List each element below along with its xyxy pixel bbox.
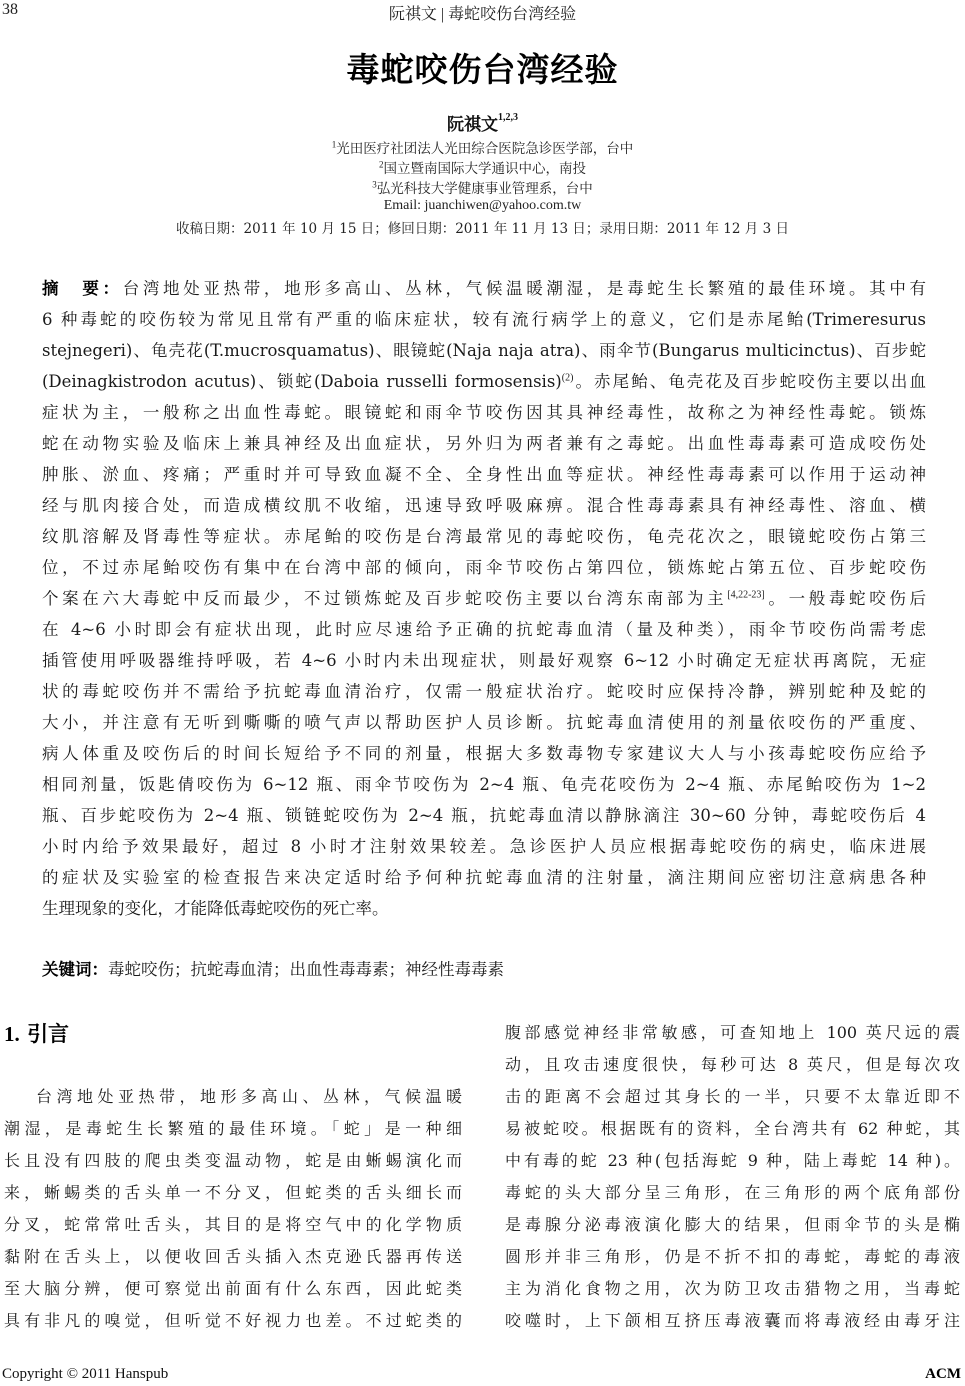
body-line: 是毒腺分泌毒液演化膨大的结果，但雨伞节的头是椭 [505,1212,960,1235]
citation-ref[interactable]: [4,22-23] [727,590,765,601]
body-line: 主为消化食物之用，次为防卫攻击猎物之用，当毒蛇 [505,1276,960,1299]
body-line: 圆形并非三角形，仍是不折不扣的毒蛇，毒蛇的毒液 [505,1244,960,1267]
abstract-line: 病人体重及咬伤后的时间长短给予不同的剂量，根据大多数毒物专家建议大人与小孩毒蛇咬… [42,740,926,764]
manuscript-dates: 收稿日期：2011 年 10 月 15 日；修回日期：2011 年 11 月 1… [0,217,965,237]
affiliation-2: 2国立暨南国际大学通识中心，南投 [0,157,965,177]
body-line: 咬噬时，上下颌相互挤压毒液囊而将毒液经由毒牙注 [505,1308,960,1331]
abstract-line: 插管使用呼吸器维持呼吸，若 4~6 小时内未出现症状，则最好观察 6~12 小时… [42,647,926,671]
abstract-line: 小时内给予效果最好，超过 8 小时才注射效果较差。急诊医护人员应根据毒蛇咬伤的病… [42,833,926,857]
copyright-notice: Copyright © 2011 Hanspub [2,1366,168,1383]
running-title: 阮祺文 | 毒蛇咬伤台湾经验 [0,1,965,24]
section-heading: 1. 引言 [4,1018,69,1048]
body-line: 毒蛇的头大部分呈三角形，在三角形的两个底角部份 [505,1180,960,1203]
running-header: 38 阮祺文 | 毒蛇咬伤台湾经验 [0,0,965,22]
abstract-line: 个案在六大毒蛇中反而最少，不过锁炼蛇及百步蛇咬伤主要以台湾东南部为主[4,22-… [42,585,926,609]
abstract-line: 位，不过赤尾鲐咬伤有集中在台湾中部的倾向，雨伞节咬伤占第四位，锁炼蛇占第五位、百… [42,554,926,578]
body-line: 分叉，蛇常常吐舌头，其目的是将空气中的化学物质 [4,1212,462,1235]
abstract-line: 蛇在动物实验及临床上兼具神经及出血症状，另外归为两者兼有之毒蛇。出血性毒毒素可造… [42,430,926,454]
section-number: 1. [4,1022,20,1046]
abstract-line: 瓶、百步蛇咬伤为 2~4 瓶、锁链蛇咬伤为 2~4 瓶，抗蛇毒血清以静脉滴注 3… [42,802,926,826]
abstract-line: 在 4~6 小时即会有症状出现，此时应尽速给予正确的抗蛇毒血清（量及种类），雨伞… [42,616,926,640]
body-line: 来，蜥蜴类的舌头单一不分叉，但蛇类的舌头细长而 [4,1180,462,1203]
abstract-line: 经与肌肉接合处，而造成横纹肌不收缩，迅速导致呼吸麻痹。混合性毒毒素具有神经毒性、… [42,492,926,516]
body-line: 长且没有四肢的爬虫类变温动物，蛇是由蜥蜴演化而 [4,1148,462,1171]
body-line: 动，且攻击速度很快，每秒可达 8 英尺，但是每次攻 [505,1052,960,1075]
body-line: 至大脑分辨，便可察觉出前面有什么东西，因此蛇类 [4,1276,462,1299]
keywords: 关键词：毒蛇咬伤；抗蛇毒血清；出血性毒毒素；神经性毒毒素 [42,956,926,980]
author-affiliation-marks: 1,2,3 [498,112,518,123]
abstract-line: 6 种毒蛇的咬伤较为常见且常有严重的临床症状，较有流行病学上的意义，它们是赤尾鲐… [42,306,926,330]
body-line: 腹部感觉神经非常敏感，可查知地上 100 英尺远的震 [505,1020,960,1043]
abstract-line: 的症状及实验室的检查报告来决定适时给予何种抗蛇毒血清的注射量，滴注期间应密切注意… [42,864,926,888]
author-email[interactable]: Email: juanchiwen@yahoo.com.tw [0,198,965,214]
body-line: 台湾地处亚热带，地形多高山、丛林，气候温暖 [36,1084,462,1107]
author-name: 阮祺文 [447,115,498,135]
abstract-line: 大小，并注意有无听到嘶嘶的喷气声以帮助医护人员诊断。抗蛇毒血清使用的剂量依咬伤的… [42,709,926,733]
citation-ref[interactable]: (2) [562,373,574,384]
abstract-line: (Deinagkistrodon acutus)、锁蛇(Daboia russe… [42,368,926,392]
body-line: 潮湿，是毒蛇生长繁殖的最佳环境。「蛇」是一种细 [4,1116,462,1139]
body-line: 中有毒的蛇 23 种(包括海蛇 9 种，陆上毒蛇 14 种)。 [505,1148,960,1171]
author-line: 阮祺文1,2,3 [0,110,965,135]
abstract-line: 摘 要：台湾地处亚热带，地形多高山、丛林，气候温暖潮湿，是毒蛇生长繁殖的最佳环境… [42,275,926,299]
body-line: 易被蛇咬。根据既有的资料，全台湾共有 62 种蛇，其 [505,1116,960,1139]
affiliation-1: 1光田医疗社团法人光田综合医院急诊医学部，台中 [0,137,965,157]
keywords-text: 毒蛇咬伤；抗蛇毒血清；出血性毒毒素；神经性毒毒素 [108,960,504,979]
body-line: 黏附在舌头上，以便收回舌头插入杰克逊氏器再传送 [4,1244,462,1267]
abstract-line: 相同剂量，饭匙倩咬伤为 6~12 瓶、雨伞节咬伤为 2~4 瓶、龟壳花咬伤为 2… [42,771,926,795]
abstract-label: 摘 要： [42,279,123,298]
abstract-line: 生理现象的变化，才能降低毒蛇咬伤的死亡率。 [42,895,926,919]
keywords-label: 关键词： [42,960,108,979]
abstract-line: 症状为主，一般称之出血性毒蛇。眼镜蛇和雨伞节咬伤因其具神经毒性，故称之为神经性毒… [42,399,926,423]
body-line: 击的距离不会超过其身长的一半，只要不太靠近即不 [505,1084,960,1107]
abstract-line: 肿胀、淤血、疼痛；严重时并可导致血凝不全、全身性出血等症状。神经性毒毒素可以作用… [42,461,926,485]
abstract-line: stejnegeri)、龟壳花(T.mucrosquamatus)、眼镜蛇(Na… [42,337,926,361]
section-title: 引言 [27,1022,69,1046]
affiliation-3: 3弘光科技大学健康事业管理系，台中 [0,177,965,197]
journal-abbrev: ACM [925,1366,961,1383]
body-line: 具有非凡的嗅觉，但听觉不好视力也差。不过蛇类的 [4,1308,462,1331]
abstract-line: 状的毒蛇咬伤并不需给予抗蛇毒血清治疗，仅需一般症状治疗。蛇咬时应保持冷静，辨别蛇… [42,678,926,702]
paper-title: 毒蛇咬伤台湾经验 [0,44,965,91]
abstract-line: 纹肌溶解及肾毒性等症状。赤尾鲐的咬伤是台湾最常见的毒蛇咬伤，龟壳花次之，眼镜蛇咬… [42,523,926,547]
